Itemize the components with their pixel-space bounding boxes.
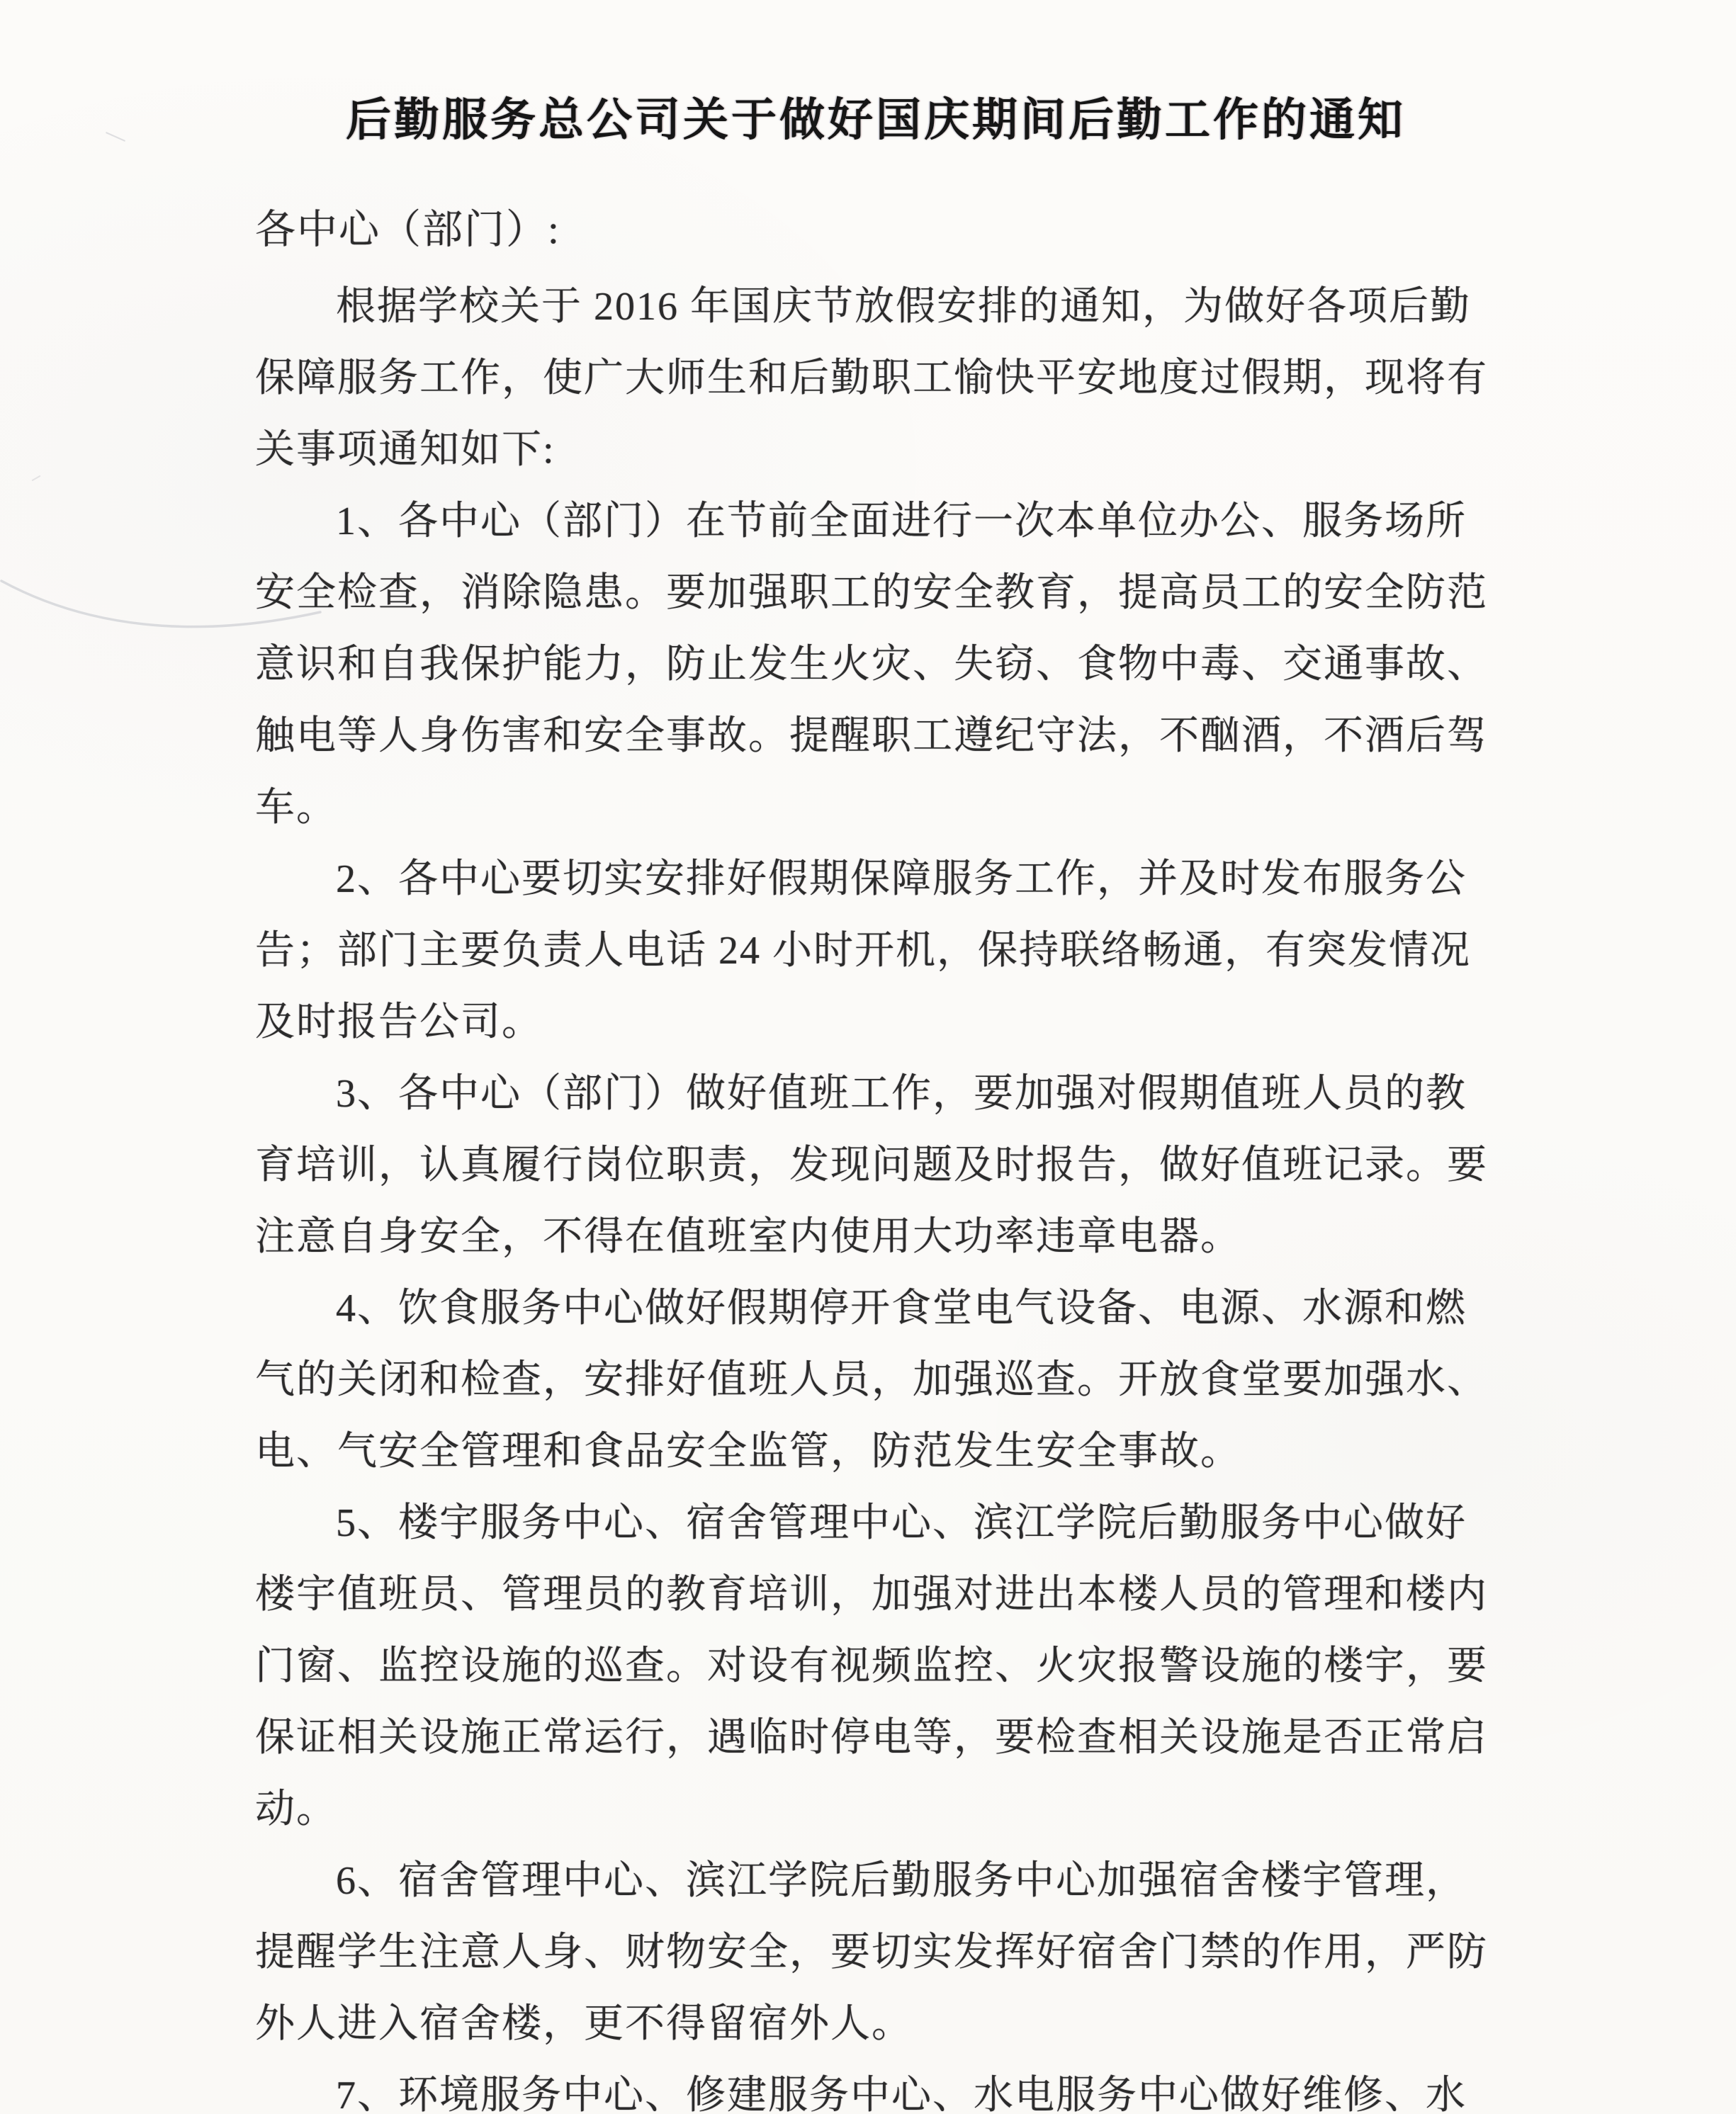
scanned-document-page: 后勤服务总公司关于做好国庆期间后勤工作的通知 各中心（部门）: 根据学校关于 2… <box>0 0 1736 2114</box>
text-line: 意识和自我保护能力，防止发生火灾、失窃、食物中毒、交通事故、 <box>255 643 1516 686</box>
text-line: 触电等人身伤害和安全事故。提醒职工遵纪守法，不酗酒，不酒后驾 <box>255 714 1516 758</box>
text-line: 告；部门主要负责人电话 24 小时开机，保持联络畅通，有突发情况 <box>255 929 1516 973</box>
text-line: 5、楼宇服务中心、宿舍管理中心、滨江学院后勤服务中心做好 <box>255 1501 1597 1545</box>
text-line: 6、宿舍管理中心、滨江学院后勤服务中心加强宿舍楼宇管理， <box>255 1859 1597 1903</box>
text-line: 关事项通知如下: <box>255 428 1516 472</box>
text-line: 门窗、监控设施的巡查。对设有视频监控、火灾报警设施的楼宇，要 <box>255 1644 1516 1688</box>
text-line: 保障服务工作，使广大师生和后勤职工愉快平安地度过假期，现将有 <box>255 356 1516 400</box>
text-line: 动。 <box>255 1787 1516 1831</box>
text-line: 育培训，认真履行岗位职责，发现问题及时报告，做好值班记录。要 <box>255 1143 1516 1187</box>
text-line: 2、各中心要切实安排好假期保障服务工作，并及时发布服务公 <box>255 857 1597 901</box>
text-line: 4、饮食服务中心做好假期停开食堂电气设备、电源、水源和燃 <box>255 1287 1597 1330</box>
text-line: 外人进入宿舍楼，更不得留宿外人。 <box>255 2002 1516 2046</box>
document-body-lines: 根据学校关于 2016 年国庆节放假安排的通知，为做好各项后勤保障服务工作，使广… <box>0 0 1736 2114</box>
text-line: 3、各中心（部门）做好值班工作，要加强对假期值班人员的教 <box>255 1072 1597 1116</box>
scan-smudge-arc <box>0 561 326 667</box>
text-line: 及时报告公司。 <box>255 1000 1516 1044</box>
text-line: 电、气安全管理和食品安全监管，防范发生安全事故。 <box>255 1430 1516 1474</box>
text-line: 7、环境服务中心、修建服务中心、水电服务中心做好维修、水 <box>255 2074 1597 2114</box>
text-line: 气的关闭和检查，安排好值班人员，加强巡查。开放食堂要加强水、 <box>255 1358 1516 1402</box>
scan-speck <box>599 714 604 716</box>
text-line: 注意自身安全，不得在值班室内使用大功率违章电器。 <box>255 1215 1516 1259</box>
text-line: 楼宇值班员、管理员的教育培训，加强对进出本楼人员的管理和楼内 <box>255 1573 1516 1617</box>
text-line: 保证相关设施正常运行，遇临时停电等，要检查相关设施是否正常启 <box>255 1716 1516 1760</box>
text-line: 安全检查，消除隐患。要加强职工的安全教育，提高员工的安全防范 <box>255 571 1516 615</box>
text-line: 车。 <box>255 786 1516 830</box>
text-line: 提醒学生注意人身、财物安全，要切实发挥好宿舍门禁的作用，严防 <box>255 1931 1516 1974</box>
text-line: 1、各中心（部门）在节前全面进行一次本单位办公、服务场所 <box>255 499 1597 543</box>
text-line: 根据学校关于 2016 年国庆节放假安排的通知，为做好各项后勤 <box>255 285 1597 329</box>
